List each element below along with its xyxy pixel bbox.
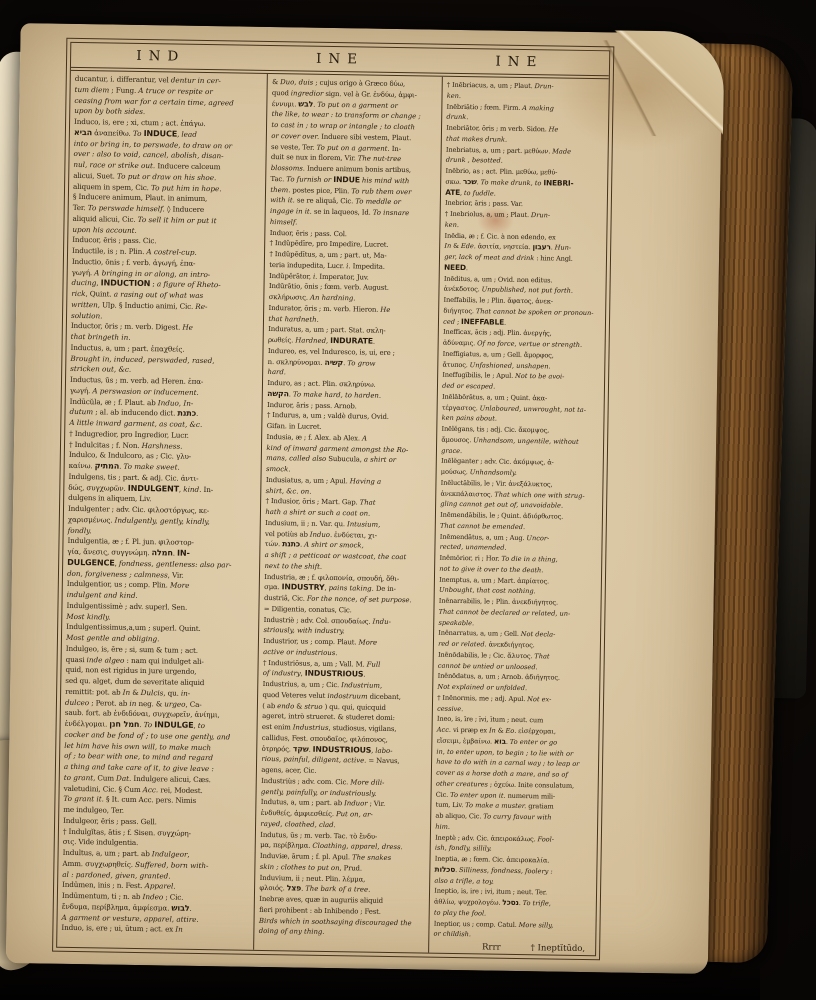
dictionary-page: IND INE INE ducantur, i. differantur, ve…	[6, 23, 723, 974]
text-line: Induo, is, ere ; ui, ūtum ; act. ex In	[61, 923, 251, 937]
text-frame-inner: IND INE INE ducantur, i. differantur, ve…	[56, 42, 610, 956]
running-head-section: INE	[430, 52, 610, 71]
text-column-3: † Inēbriacus, a, um ; Plaut. Drun-ken.In…	[428, 77, 609, 956]
signature-mark: Rrrr	[482, 942, 501, 952]
page-footer: Rrrr † Ineptĭtūdo,	[482, 942, 585, 954]
running-head-section: IND	[71, 47, 251, 66]
text-columns: ducantur, i. differantur, vel dentur in …	[57, 70, 609, 955]
catchword: † Ineptĭtūdo,	[531, 943, 586, 954]
text-column-2: & Duo, duis ; cujus origo à Græco δύω,qu…	[253, 74, 442, 953]
bottom-shadow	[0, 962, 760, 1000]
book-photo: IND INE INE ducantur, i. differantur, ve…	[0, 0, 816, 1000]
text-line: or childish.	[433, 929, 592, 942]
running-head-section: INE	[250, 50, 430, 69]
text-column-1: ducantur, i. differantur, vel dentur in …	[57, 71, 267, 950]
text-frame: IND INE INE ducantur, i. differantur, ve…	[52, 38, 614, 960]
